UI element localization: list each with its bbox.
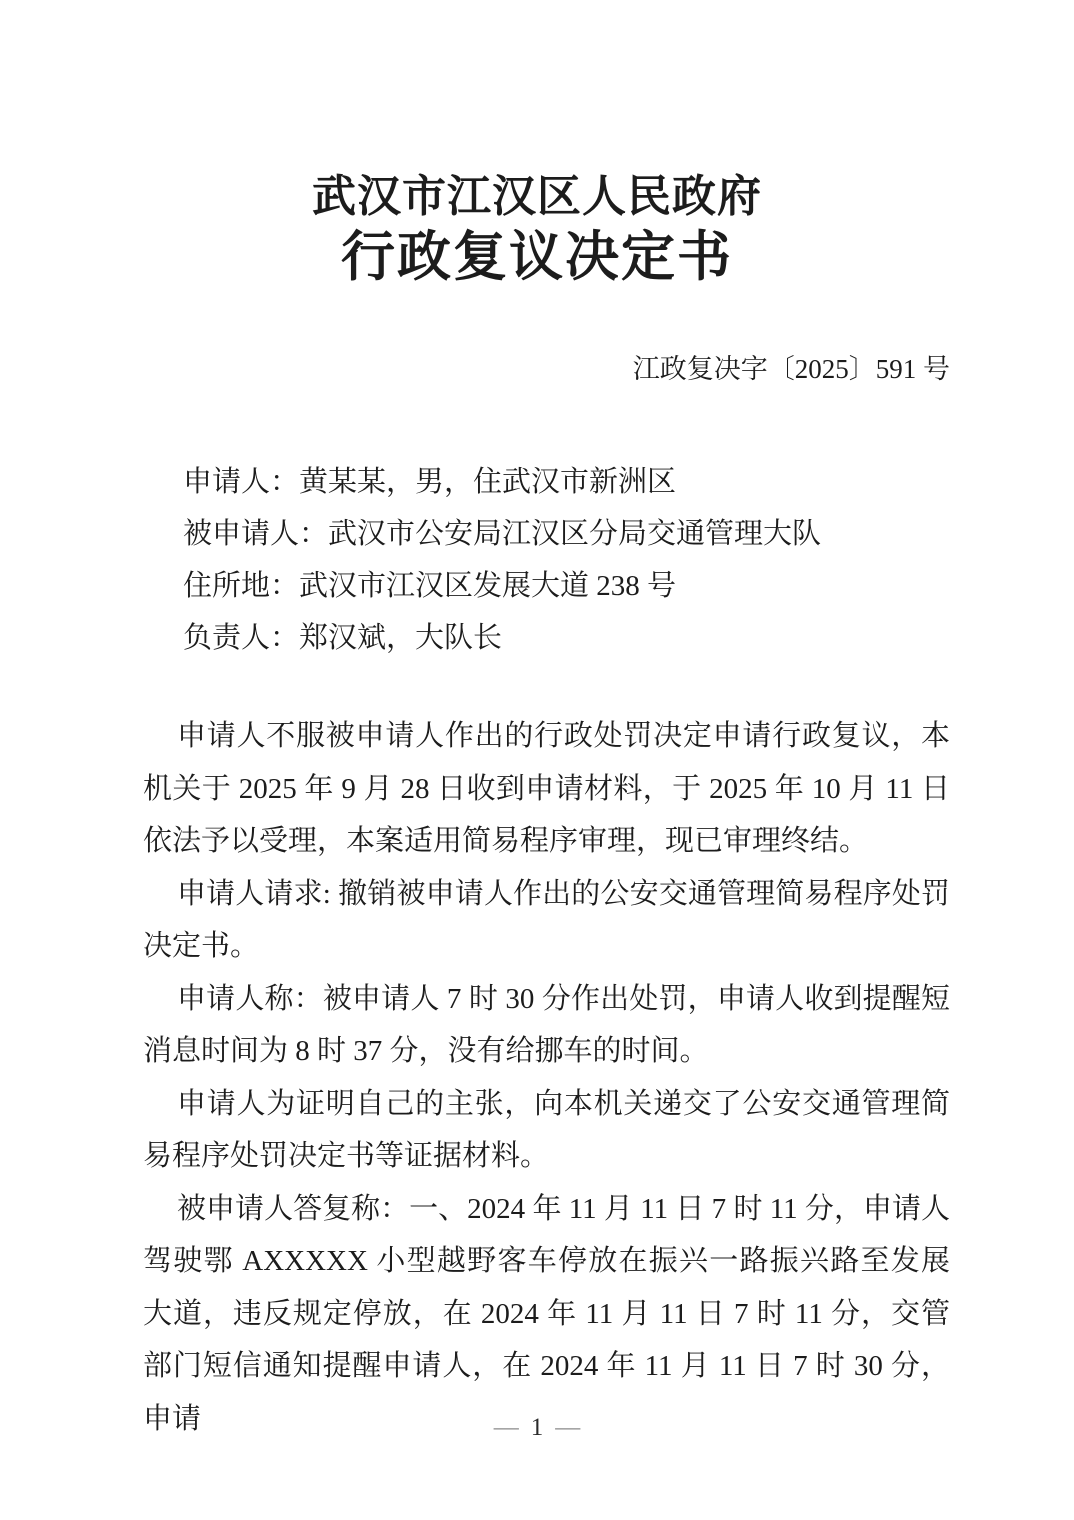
party-label-address: 住所地： (183, 570, 299, 602)
party-line-person-in-charge: 负责人：郑汉斌，大队长 (143, 612, 950, 664)
party-line-applicant: 申请人：黄某某，男，住武汉市新洲区 (143, 456, 950, 508)
parties-section: 申请人：黄某某，男，住武汉市新洲区 被申请人：武汉市公安局江汉区分局交通管理大队… (0, 456, 1074, 664)
document-type-title: 行政复议决定书 (0, 228, 1074, 286)
page-footer: —1— (0, 1414, 1074, 1442)
paragraph-applicant-claim: 申请人称：被申请人 7 时 30 分作出处罚，申请人收到提醒短消息时间为 8 时… (143, 973, 950, 1078)
party-value-applicant: 黄某某，男，住武汉市新洲区 (299, 466, 676, 498)
paragraph-respondent-reply: 被申请人答复称：一、2024 年 11 月 11 日 7 时 11 分，申请人驾… (143, 1183, 950, 1446)
document-header: 武汉市江汉区人民政府 行政复议决定书 (0, 0, 1074, 286)
paragraph-applicant-request: 申请人请求: 撤销被申请人作出的公安交通管理简易程序处罚决定书。 (143, 868, 950, 973)
party-value-person-in-charge: 郑汉斌，大队长 (299, 622, 502, 654)
party-line-respondent: 被申请人：武汉市公安局江汉区分局交通管理大队 (143, 508, 950, 560)
party-line-address: 住所地：武汉市江汉区发展大道 238 号 (143, 560, 950, 612)
party-label-applicant: 申请人： (183, 466, 299, 498)
document-page: 武汉市江汉区人民政府 行政复议决定书 江政复决字〔2025〕591 号 申请人：… (0, 0, 1074, 1520)
paragraph-case-acceptance: 申请人不服被申请人作出的行政处罚决定申请行政复议，本机关于 2025 年 9 月… (143, 710, 950, 868)
footer-dash-right: — (555, 1414, 580, 1441)
party-label-respondent: 被申请人： (183, 518, 328, 550)
party-label-person-in-charge: 负责人： (183, 622, 299, 654)
paragraph-applicant-evidence: 申请人为证明自己的主张，向本机关递交了公安交通管理简易程序处罚决定书等证据材料。 (143, 1078, 950, 1183)
party-value-address: 武汉市江汉区发展大道 238 号 (299, 570, 676, 602)
page-number: 1 (531, 1414, 544, 1441)
issuing-authority-title: 武汉市江汉区人民政府 (0, 172, 1074, 222)
document-reference-number: 江政复决字〔2025〕591 号 (0, 352, 1074, 386)
document-body: 申请人不服被申请人作出的行政处罚决定申请行政复议，本机关于 2025 年 9 月… (0, 710, 1074, 1445)
footer-dash-left: — (494, 1414, 519, 1441)
party-value-respondent: 武汉市公安局江汉区分局交通管理大队 (328, 518, 821, 550)
